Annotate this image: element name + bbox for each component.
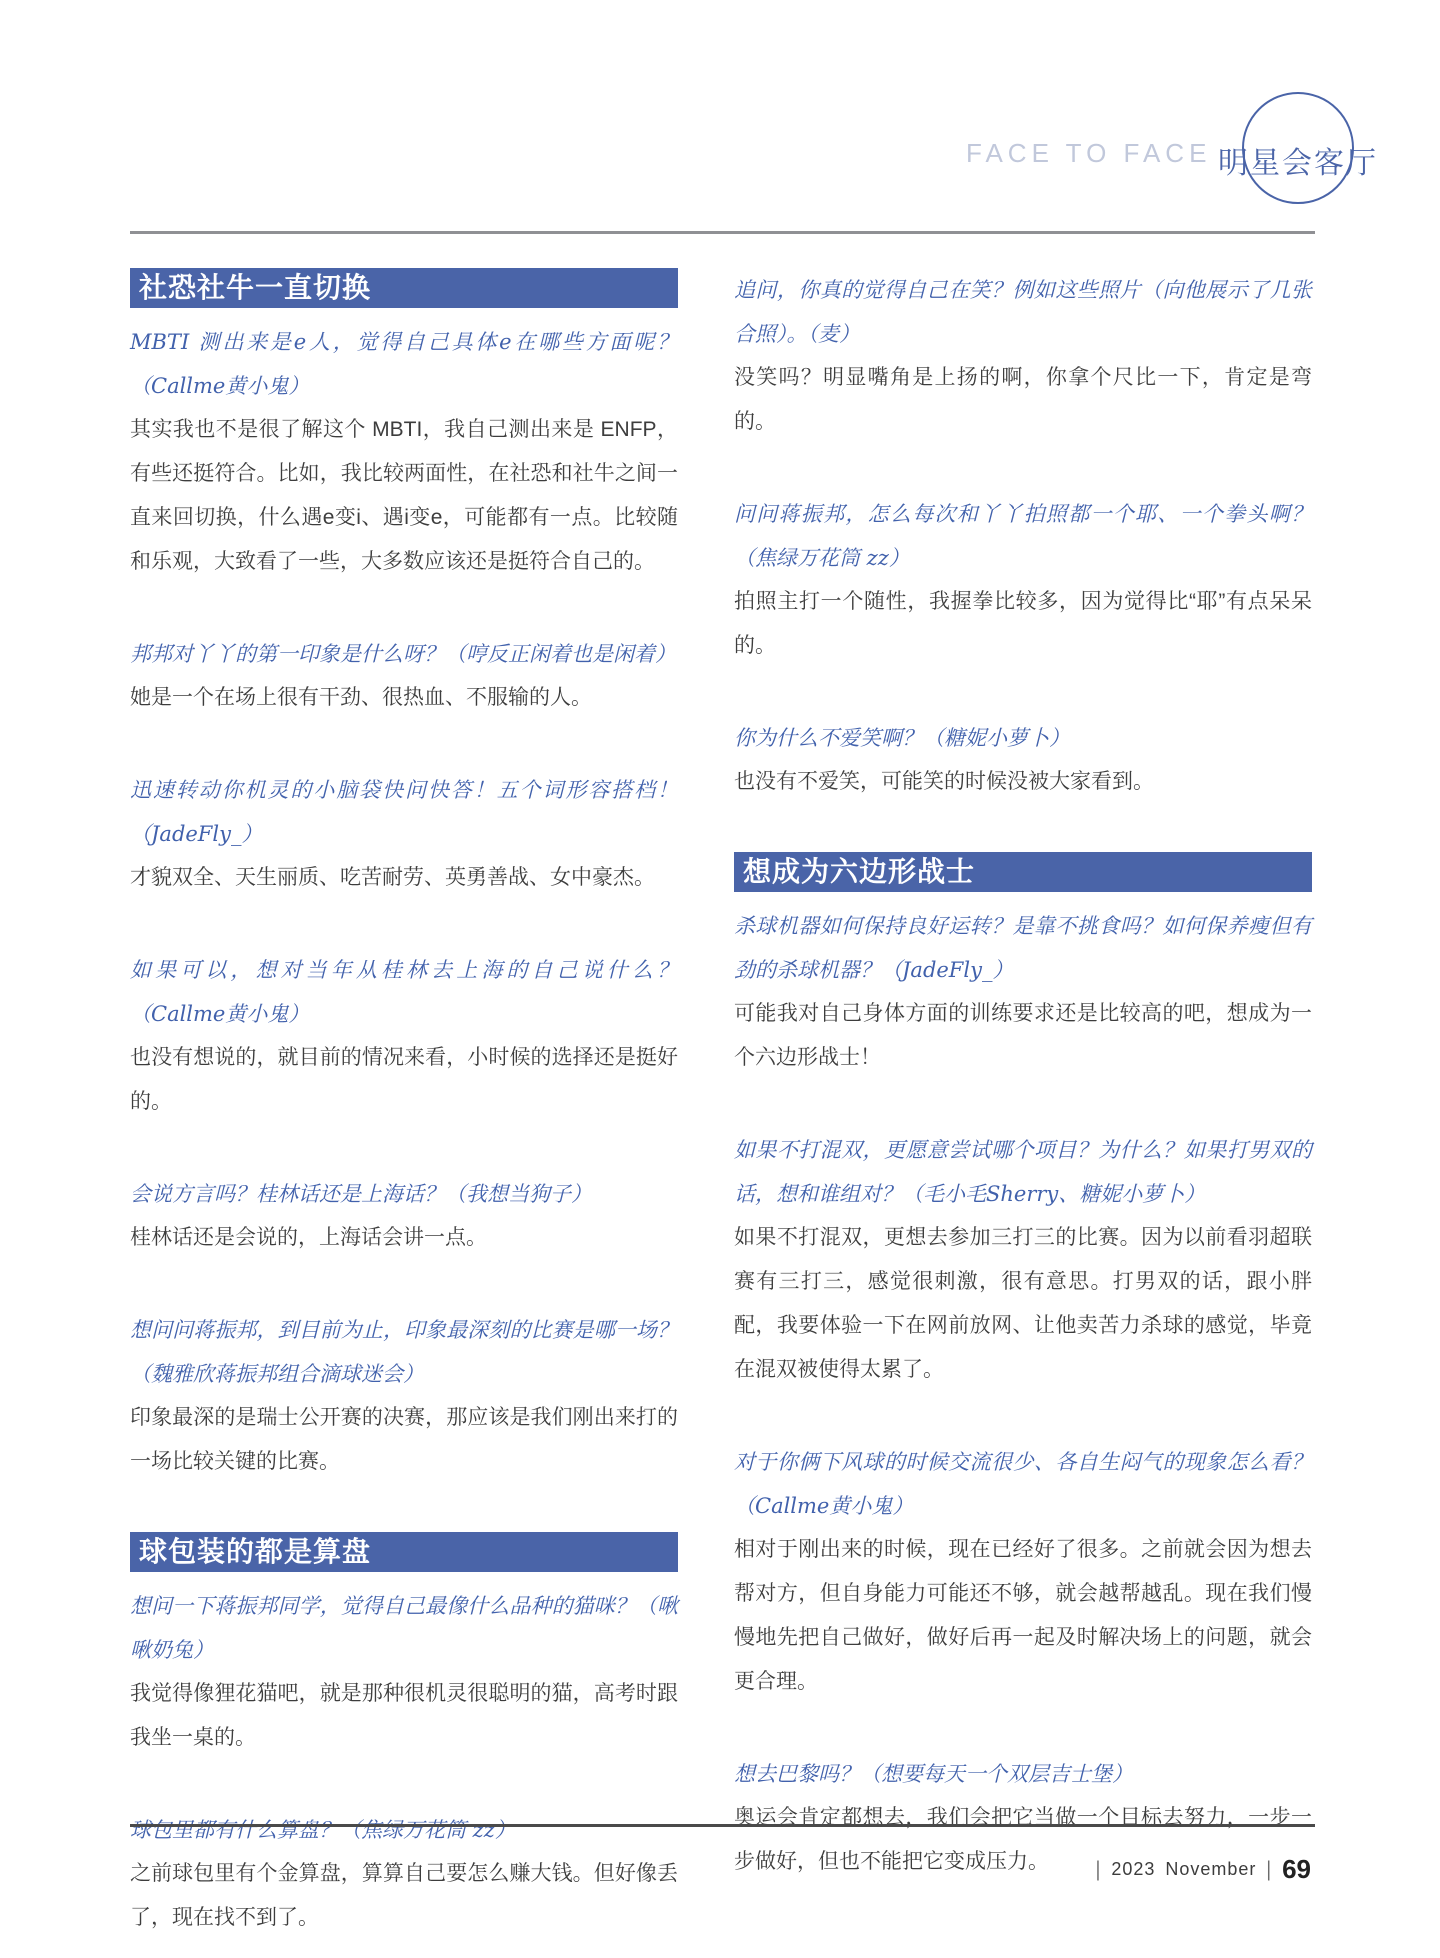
section-title: 社恐社牛一直切换: [130, 268, 678, 308]
right-column: 追问，你真的觉得自己在笑？例如这些照片（向他展示了几张合照）。（麦） 没笑吗？明…: [734, 268, 1312, 1884]
footer-divider: |: [1266, 1857, 1272, 1882]
athlete-answer: 相对于刚出来的时候，现在已经好了很多。之前就会因为想去帮对方，但自身能力可能还不…: [734, 1528, 1312, 1704]
reader-question: 迅速转动你机灵的小脑袋快问快答！五个词形容搭档！（JadeFly_）: [130, 768, 678, 856]
athlete-answer: 我觉得像狸花猫吧，就是那种很机灵很聪明的猫，高考时跟我坐一桌的。: [130, 1672, 678, 1760]
athlete-answer: 可能我对自己身体方面的训练要求还是比较高的吧，想成为一个六边形战士！: [734, 992, 1312, 1080]
magazine-page: FACE TO FACE 明星会客厅 社恐社牛一直切换 MBTI 测出来是e人，…: [0, 0, 1440, 1958]
left-column: 社恐社牛一直切换 MBTI 测出来是e人，觉得自己具体e在哪些方面呢？（Call…: [130, 268, 678, 1940]
reader-question: 你为什么不爱笑啊？（糖妮小萝卜）: [734, 716, 1312, 760]
reader-question: 对于你俩下风球的时候交流很少、各自生闷气的现象怎么看？（Callme黄小鬼）: [734, 1440, 1312, 1528]
athlete-answer: 才貌双全、天生丽质、吃苦耐劳、英勇善战、女中豪杰。: [130, 856, 678, 900]
athlete-answer: 如果不打混双，更想去参加三打三的比赛。因为以前看羽超联赛有三打三，感觉很刺激，很…: [734, 1216, 1312, 1392]
reader-question: 会说方言吗？桂林话还是上海话？（我想当狗子）: [130, 1172, 678, 1216]
reader-question: 邦邦对丫丫的第一印象是什么呀？（哼反正闲着也是闲着）: [130, 632, 678, 676]
reader-question: MBTI 测出来是e人，觉得自己具体e在哪些方面呢？（Callme黄小鬼）: [130, 320, 678, 408]
athlete-answer: 也没有想说的，就目前的情况来看，小时候的选择还是挺好的。: [130, 1036, 678, 1124]
reader-question: 想问问蒋振邦，到目前为止，印象最深刻的比赛是哪一场？（魏雅欣蒋振邦组合滴球迷会）: [130, 1308, 678, 1396]
footer-year: 2023: [1111, 1859, 1155, 1880]
reader-question: 球包里都有什么算盘？（焦绿万花筒 zz）: [130, 1808, 678, 1852]
athlete-answer: 拍照主打一个随性，我握拳比较多，因为觉得比“耶”有点呆呆的。: [734, 580, 1312, 668]
page-footer: | 2023 November | 69: [1096, 1854, 1311, 1885]
athlete-answer: 没笑吗？明显嘴角是上扬的啊，你拿个尺比一下，肯定是弯的。: [734, 356, 1312, 444]
footer-month: November: [1165, 1859, 1256, 1880]
reader-question: 杀球机器如何保持良好运转？是靠不挑食吗？如何保养瘦但有劲的杀球机器？（JadeF…: [734, 904, 1312, 992]
reader-question: 想去巴黎吗？（想要每天一个双层吉士堡）: [734, 1752, 1312, 1796]
reader-question: 想问一下蒋振邦同学，觉得自己最像什么品种的猫咪？（啾啾奶兔）: [130, 1584, 678, 1672]
section-title: 球包装的都是算盘: [130, 1532, 678, 1572]
footer-divider: |: [1096, 1857, 1102, 1882]
column-badge: 明星会客厅: [1218, 138, 1378, 182]
athlete-answer: 其实我也不是很了解这个 MBTI，我自己测出来是 ENFP，有些还挺符合。比如，…: [130, 408, 678, 584]
bottom-rule: [130, 1824, 1315, 1827]
section-title: 想成为六边形战士: [734, 852, 1312, 892]
section-eyebrow: FACE TO FACE: [966, 138, 1211, 169]
athlete-answer: 也没有不爱笑，可能笑的时候没被大家看到。: [734, 760, 1312, 804]
reader-question: 如果不打混双，更愿意尝试哪个项目？为什么？如果打男双的话，想和谁组对？（毛小毛S…: [734, 1128, 1312, 1216]
page-number: 69: [1282, 1854, 1311, 1885]
athlete-answer: 她是一个在场上很有干劲、很热血、不服输的人。: [130, 676, 678, 720]
reader-question: 追问，你真的觉得自己在笑？例如这些照片（向他展示了几张合照）。（麦）: [734, 268, 1312, 356]
athlete-answer: 印象最深的是瑞士公开赛的决赛，那应该是我们刚出来打的一场比较关键的比赛。: [130, 1396, 678, 1484]
athlete-answer: 桂林话还是会说的，上海话会讲一点。: [130, 1216, 678, 1260]
reader-question: 如果可以，想对当年从桂林去上海的自己说什么？（Callme黄小鬼）: [130, 948, 678, 1036]
reader-question: 问问蒋振邦，怎么每次和丫丫拍照都一个耶、一个拳头啊？（焦绿万花筒 zz）: [734, 492, 1312, 580]
athlete-answer: 之前球包里有个金算盘，算算自己要怎么赚大钱。但好像丢了，现在找不到了。: [130, 1852, 678, 1940]
top-rule: [130, 231, 1315, 234]
